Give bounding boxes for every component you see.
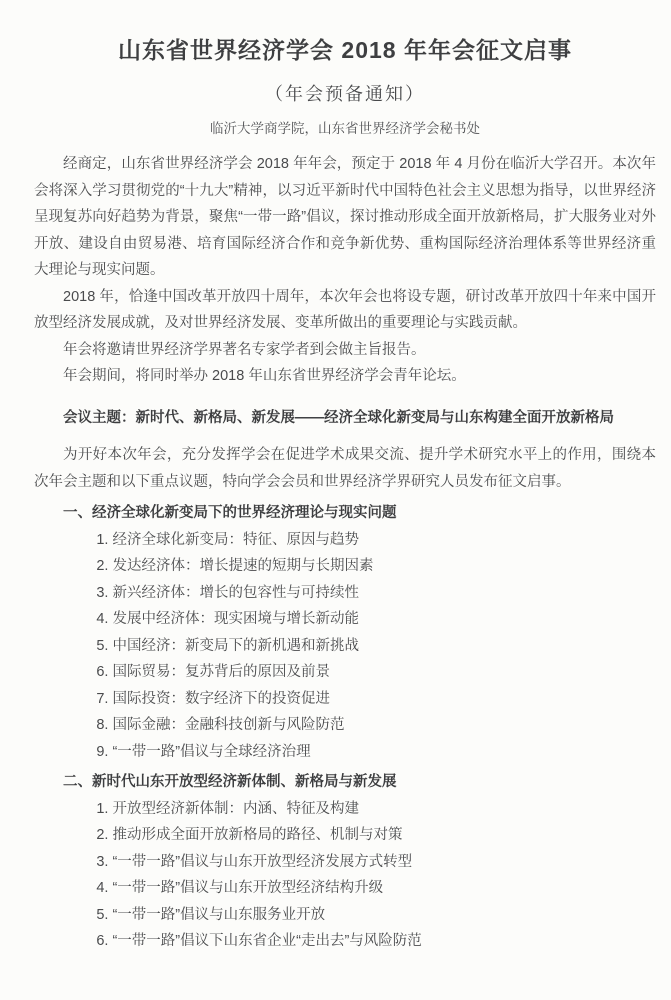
topic-item: 9. “一带一路”倡议与全球经济治理 [34, 739, 656, 766]
section-2-topic-list: 1. 开放型经济新体制：内涵、特征及构建 2. 推动形成全面开放新格局的路径、机… [34, 796, 656, 955]
topic-item: 8. 国际金融：金融科技创新与风险防范 [34, 712, 656, 739]
topic-item: 7. 国际投资：数字经济下的投资促进 [34, 686, 656, 713]
document-byline: 临沂大学商学院，山东省世界经济学会秘书处 [34, 120, 656, 137]
document-subtitle: （年会预备通知） [34, 82, 656, 106]
topic-item: 5. “一带一路”倡议与山东服务业开放 [34, 902, 656, 929]
paragraph-youth-forum: 年会期间，将同时举办 2018 年山东省世界经济学会青年论坛。 [34, 363, 656, 390]
topic-item: 3. “一带一路”倡议与山东开放型经济发展方式转型 [34, 849, 656, 876]
section-1-topic-list: 1. 经济全球化新变局：特征、原因与趋势 2. 发达经济体：增长提速的短期与长期… [34, 527, 656, 766]
section-2-heading: 二、新时代山东开放型经济新体制、新格局与新发展 [34, 769, 656, 796]
paragraph-keynote: 年会将邀请世界经济学界著名专家学者到会做主旨报告。 [34, 337, 656, 364]
topic-item: 6. 国际贸易：复苏背后的原因及前景 [34, 659, 656, 686]
topic-item: 1. 开放型经济新体制：内涵、特征及构建 [34, 796, 656, 823]
topic-item: 2. 发达经济体：增长提速的短期与长期因素 [34, 553, 656, 580]
conference-theme: 会议主题：新时代、新格局、新发展——经济全球化新变局与山东构建全面开放新格局 [34, 405, 656, 432]
topic-item: 3. 新兴经济体：增长的包容性与可持续性 [34, 580, 656, 607]
topic-item: 2. 推动形成全面开放新格局的路径、机制与对策 [34, 822, 656, 849]
topic-item: 4. 发展中经济体：现实困境与增长新动能 [34, 606, 656, 633]
paragraph-anniversary: 2018 年，恰逢中国改革开放四十周年，本次年会也将设专题，研讨改革开放四十年来… [34, 284, 656, 337]
topic-item: 4. “一带一路”倡议与山东开放型经济结构升级 [34, 875, 656, 902]
paragraph-intro: 经商定，山东省世界经济学会 2018 年年会，预定于 2018 年 4 月份在临… [34, 151, 656, 284]
topic-item: 1. 经济全球化新变局：特征、原因与趋势 [34, 527, 656, 554]
section-1-heading: 一、经济全球化新变局下的世界经济理论与现实问题 [34, 500, 656, 527]
document-title: 山东省世界经济学会 2018 年年会征文启事 [34, 35, 656, 65]
section-shandong-economy: 二、新时代山东开放型经济新体制、新格局与新发展 1. 开放型经济新体制：内涵、特… [34, 769, 656, 955]
paragraph-call-for-papers: 为开好本次年会，充分发挥学会在促进学术成果交流、提升学术研究水平上的作用，围绕本… [34, 442, 656, 495]
topic-item: 5. 中国经济：新变局下的新机遇和新挑战 [34, 633, 656, 660]
section-world-economy: 一、经济全球化新变局下的世界经济理论与现实问题 1. 经济全球化新变局：特征、原… [34, 500, 656, 765]
document-page: 山东省世界经济学会 2018 年年会征文启事 （年会预备通知） 临沂大学商学院，… [0, 0, 671, 1000]
topic-item: 6. “一带一路”倡议下山东省企业“走出去”与风险防范 [34, 928, 656, 955]
